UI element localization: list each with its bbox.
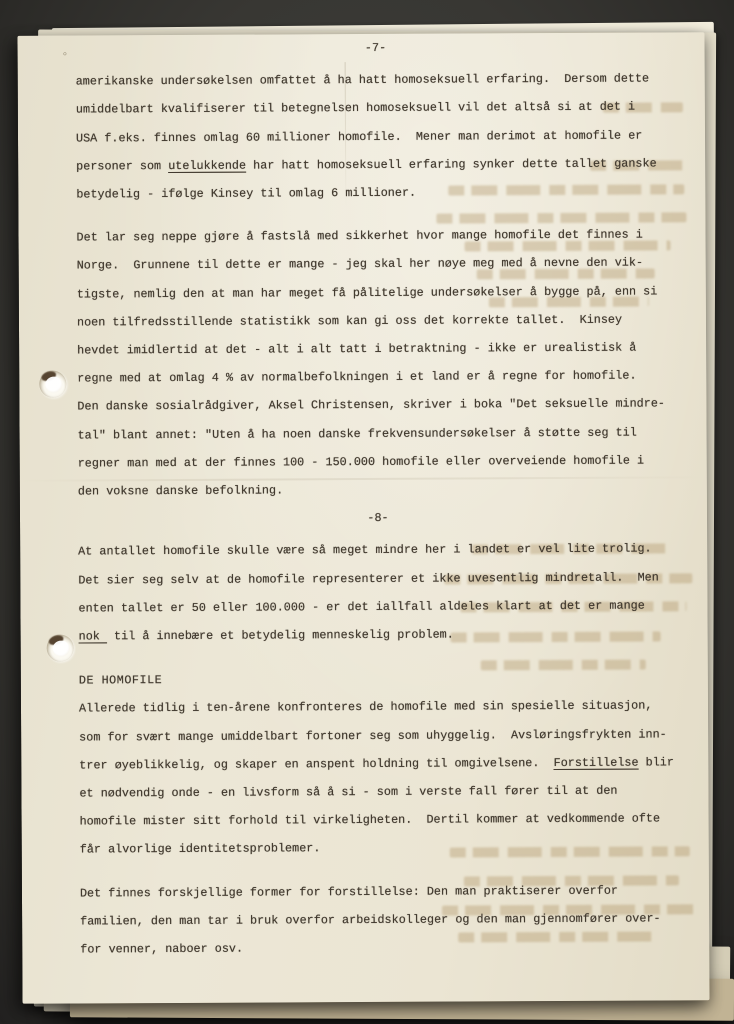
text-segment: noen tilfredsstillende statistikk som ka…	[77, 312, 622, 329]
text-segment: Det finnes forskjellige former for forst…	[80, 883, 618, 900]
document-page: ° -7-amerikanske undersøkelsen omfattet …	[17, 32, 709, 1004]
text-line: regner man med at der finnes 100 - 150.0…	[78, 446, 678, 477]
text-segment: homofile mister sitt forhold til virkeli…	[80, 812, 661, 829]
text-segment: At antallet homofile skulle være så mege…	[78, 542, 652, 559]
text-segment: har hatt homoseksuell erfaring synker de…	[246, 156, 657, 172]
text-line: Det lar seg neppe gjøre å fastslå med si…	[76, 221, 676, 252]
text-line: for venner, naboer osv.	[80, 932, 680, 963]
text-segment: tal" blant annet: "Uten å ha noen danske…	[78, 425, 637, 442]
punch-hole	[47, 635, 74, 662]
text-segment: familien, den man tar i bruk overfor arb…	[80, 911, 661, 928]
text-line: Den danske sosialrådgiver, Aksel Christe…	[77, 390, 677, 421]
text-segment: USA f.eks. finnes omlag 60 millioner hom…	[76, 128, 642, 145]
text-line: nok til å innebære et betydelig menneske…	[79, 619, 679, 650]
text-segment: regner man med at der finnes 100 - 150.0…	[78, 453, 644, 470]
text-line: betydelig - ifølge Kinsey til omlag 6 mi…	[76, 177, 676, 208]
text-segment: et nødvendig onde - en livsform så å si …	[79, 784, 617, 801]
text-segment: regne med at omlag 4 % av normalbefolkni…	[77, 369, 636, 386]
text-segment: betydelig - ifølge Kinsey til omlag 6 mi…	[76, 186, 416, 202]
text-line: som for svært mange umiddelbart fortoner…	[79, 720, 679, 751]
text-line: enten tallet er 50 eller 100.000 - er de…	[78, 591, 678, 622]
stray-type-mark: °	[62, 52, 69, 64]
page-number: -8-	[78, 503, 678, 534]
section-heading: DE HOMOFILE	[79, 664, 679, 695]
text-segment: til å innebære et betydelig menneskelig …	[107, 628, 454, 644]
text-segment: enten tallet er 50 eller 100.000 - er de…	[78, 598, 644, 615]
underlined-word: utelukkende	[168, 158, 246, 172]
text-segment: Det lar seg neppe gjøre å fastslå med si…	[76, 228, 642, 245]
text-line: Allerede tidlig i ten-årene konfronteres…	[79, 692, 679, 723]
text-segment: Allerede tidlig i ten-årene konfronteres…	[79, 699, 653, 716]
text-line: umiddelbart kvalifiserer til betegnelsen…	[76, 93, 676, 124]
text-line: Det sier seg selv at de homofile represe…	[78, 563, 678, 594]
text-line: Norge. Grunnene til dette er mange - jeg…	[77, 249, 677, 280]
paragraph: Allerede tidlig i ten-årene konfronteres…	[79, 692, 680, 864]
text-line: trer øyeblikkelig, og skaper en anspent …	[79, 748, 679, 779]
text-segment: for venner, naboer osv.	[80, 942, 243, 957]
text-segment: Det sier seg selv at de homofile represe…	[78, 570, 659, 587]
text-segment: den voksne danske befolkning.	[78, 483, 283, 498]
text-segment: tigste, nemlig den at man har meget få p…	[77, 284, 658, 301]
photo-background: ° -7-amerikanske undersøkelsen omfattet …	[0, 0, 734, 1024]
paragraph: amerikanske undersøkelsen omfattet å ha …	[76, 65, 677, 209]
underlined-word: nok	[79, 629, 107, 643]
text-segment: blir	[639, 755, 674, 769]
text-segment: umiddelbart kvalifiserer til betegnelsen…	[76, 100, 635, 117]
text-segment: får alvorlige identitetsproblemer.	[80, 842, 321, 857]
text-line: tigste, nemlig den at man har meget få p…	[77, 277, 677, 308]
text-segment: som for svært mange umiddelbart fortoner…	[79, 727, 667, 744]
text-line: hevdet imidlertid at det - alt i alt tat…	[77, 333, 677, 364]
text-line: USA f.eks. finnes omlag 60 millioner hom…	[76, 121, 676, 152]
text-line: personer som utelukkende har hatt homose…	[76, 149, 676, 180]
text-line: At antallet homofile skulle være så mege…	[78, 535, 678, 566]
text-line: homofile mister sitt forhold til virkeli…	[80, 805, 680, 836]
paragraph: At antallet homofile skulle være så mege…	[78, 535, 679, 651]
page-number: -7-	[75, 32, 675, 63]
document-text: -7-amerikanske undersøkelsen omfattet å …	[75, 32, 680, 963]
text-line: amerikanske undersøkelsen omfattet å ha …	[76, 65, 676, 96]
punch-hole	[39, 371, 66, 398]
text-line: noen tilfredsstillende statistikk som ka…	[77, 305, 677, 336]
text-line: Det finnes forskjellige former for forst…	[80, 876, 680, 907]
paragraph: Det finnes forskjellige former for forst…	[80, 876, 680, 964]
text-segment: personer som	[76, 159, 168, 173]
paragraph: Det lar seg neppe gjøre å fastslå med si…	[76, 221, 677, 506]
text-line: får alvorlige identitetsproblemer.	[80, 833, 680, 864]
text-segment: Norge. Grunnene til dette er mange - jeg…	[77, 256, 643, 273]
underlined-word: Forstillelse	[554, 755, 639, 769]
text-segment: Den danske sosialrådgiver, Aksel Christe…	[77, 397, 665, 414]
text-line: regne med at omlag 4 % av normalbefolkni…	[77, 362, 677, 393]
text-line: et nødvendig onde - en livsform så å si …	[79, 776, 679, 807]
text-line: tal" blant annet: "Uten å ha noen danske…	[77, 418, 677, 449]
text-line: den voksne danske befolkning.	[78, 474, 678, 505]
text-line: familien, den man tar i bruk overfor arb…	[80, 904, 680, 935]
text-segment: amerikanske undersøkelsen omfattet å ha …	[76, 72, 650, 89]
text-segment: hevdet imidlertid at det - alt i alt tat…	[77, 341, 636, 358]
text-segment: trer øyeblikkelig, og skaper en anspent …	[79, 756, 553, 772]
